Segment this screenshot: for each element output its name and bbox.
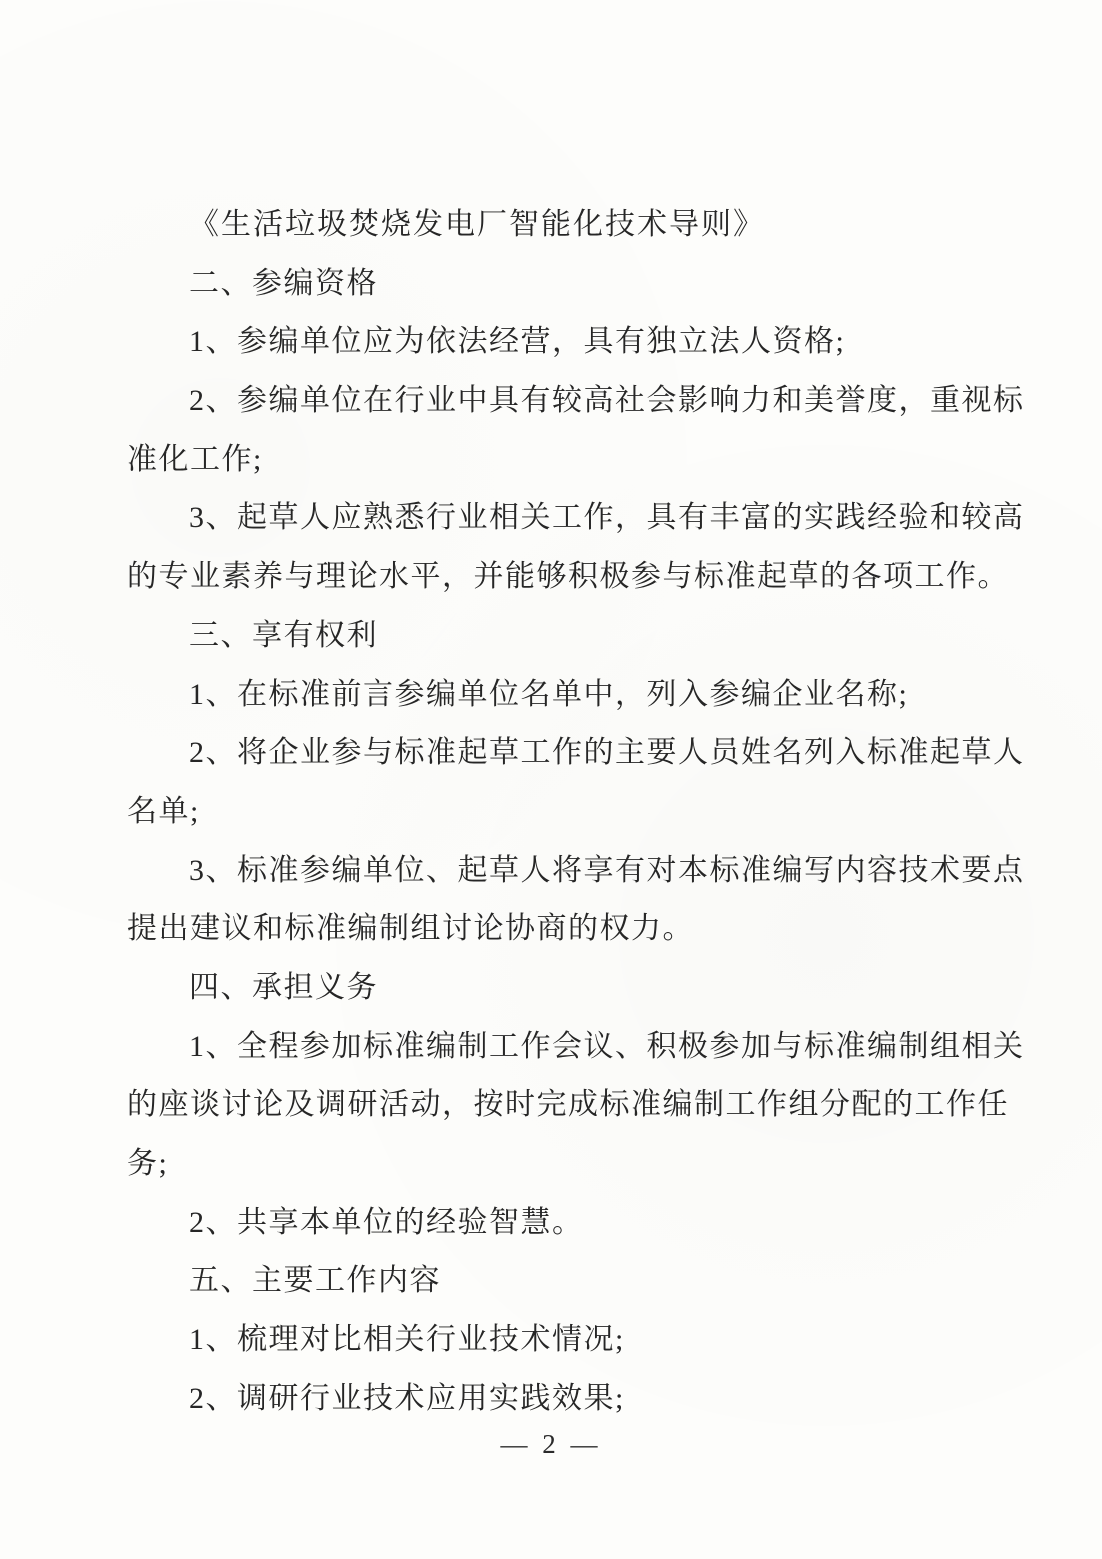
text-line-continuation: 提出建议和标准编制组讨论协商的权力。 xyxy=(127,900,977,959)
text-line: 1、参编单位应为依法经营，具有独立法人资格; xyxy=(127,313,977,372)
text-line: 1、梳理对比相关行业技术情况; xyxy=(127,1311,977,1370)
text-line: 1、在标准前言参编单位名单中，列入参编企业名称; xyxy=(127,666,977,725)
text-line-continuation: 名单; xyxy=(127,783,977,842)
section-heading-3: 三、享有权利 xyxy=(127,607,977,666)
document-text-block: 《生活垃圾焚烧发电厂智能化技术导则》 二、参编资格 1、参编单位应为依法经营，具… xyxy=(127,196,977,1428)
text-line: 2、参编单位在行业中具有较高社会影响力和美誉度，重视标 xyxy=(127,372,977,431)
text-line-continuation: 的专业素养与理论水平，并能够积极参与标准起草的各项工作。 xyxy=(127,548,977,607)
text-line: 3、起草人应熟悉行业相关工作，具有丰富的实践经验和较高 xyxy=(127,489,977,548)
section-heading-5: 五、主要工作内容 xyxy=(127,1252,977,1311)
section-heading-2: 二、参编资格 xyxy=(127,255,977,314)
text-line: 3、标准参编单位、起草人将享有对本标准编写内容技术要点 xyxy=(127,842,977,901)
section-heading-4: 四、承担义务 xyxy=(127,959,977,1018)
doc-title-line: 《生活垃圾焚烧发电厂智能化技术导则》 xyxy=(127,196,977,255)
page-number: — 2 — xyxy=(0,1429,1102,1460)
document-page: 《生活垃圾焚烧发电厂智能化技术导则》 二、参编资格 1、参编单位应为依法经营，具… xyxy=(0,0,1102,1559)
text-line: 2、将企业参与标准起草工作的主要人员姓名列入标准起草人 xyxy=(127,724,977,783)
text-line: 2、共享本单位的经验智慧。 xyxy=(127,1194,977,1253)
text-line-continuation: 的座谈讨论及调研活动，按时完成标准编制工作组分配的工作任 xyxy=(127,1076,977,1135)
text-line: 1、全程参加标准编制工作会议、积极参加与标准编制组相关 xyxy=(127,1018,977,1077)
text-line-continuation: 务; xyxy=(127,1135,977,1194)
text-line: 2、调研行业技术应用实践效果; xyxy=(127,1370,977,1429)
text-line-continuation: 准化工作; xyxy=(127,431,977,490)
